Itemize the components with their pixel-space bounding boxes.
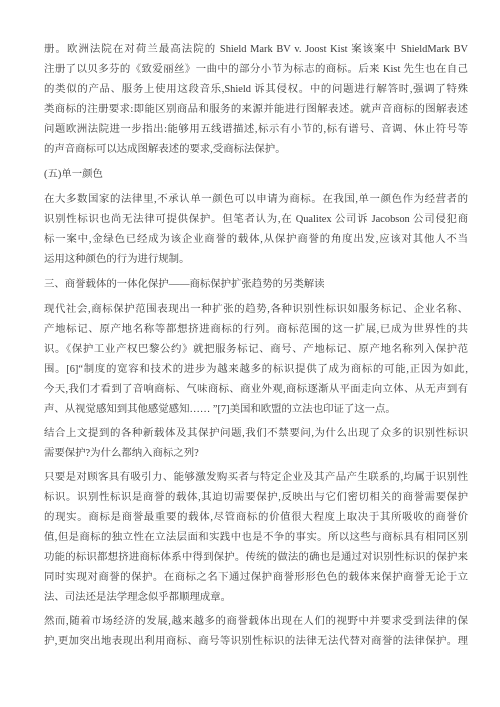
text-line: 结合上文提到的各种新载体及其保护问题,我们不禁要问,为什么出现了众多的识别性标识 <box>44 424 468 444</box>
text-line: 护,更加突出地表现出利用商标、商号等识别性标识的法律无法代替对商誉的法律保护。理 <box>44 632 468 652</box>
paragraph: 在大多数国家的法律里,不承认单一颜色可以申请为商标。在我国,单一颜色作为经营者的… <box>44 190 468 270</box>
paragraph: 结合上文提到的各种新载体及其保护问题,我们不禁要问,为什么出现了众多的识别性标识… <box>44 424 468 464</box>
text-line: 运用这种颜色的行为进行规制。 <box>44 250 468 270</box>
text-line: 需要保护?为什么都纳入商标之列? <box>44 444 468 464</box>
section-heading: (五)单一颜色 <box>44 165 468 185</box>
text-line: 标一案中,金绿色已经成为该企业商誉的载体,从保护商誉的角度出发,应该对其他人不当 <box>44 230 468 250</box>
text-line: 标识。识别性标识是商誉的载体,其迫切需要保护,反映出与它们密切相关的商誉需要保护 <box>44 488 468 508</box>
text-line: 然而,随着市场经济的发展,越来越多的商誉载体出现在人们的视野中并要求受到法律的保 <box>44 612 468 632</box>
text-line: 今天,我们才看到了音响商标、气味商标、商业外观,商标逐渐从平面走向立体、从无声到… <box>44 380 468 400</box>
text-line: 只要是对顾客具有吸引力、能够激发购买者与特定企业及其产品产生联系的,均属于识别性 <box>44 468 468 488</box>
text-line: 功能的标识都想挤进商标体系中得到保护。传统的做法的确也是通过对识别性标识的保护来 <box>44 548 468 568</box>
paragraph: 现代社会,商标保护范围表现出一种扩张的趋势,各种识别性标识如服务标记、企业名称、… <box>44 300 468 420</box>
paragraph: 册。欧洲法院在对荷兰最高法院的 Shield Mark BV v. Joost … <box>44 40 468 160</box>
document-page: 册。欧洲法院在对荷兰最高法院的 Shield Mark BV v. Joost … <box>0 0 500 707</box>
text-line: 现代社会,商标保护范围表现出一种扩张的趋势,各种识别性标识如服务标记、企业名称、 <box>44 300 468 320</box>
text-line: 的现实。商标是商誉最重要的载体,尽管商标的价值很大程度上取决于其所吸收的商誉价 <box>44 508 468 528</box>
text-line: 同时实现对商誉的保护。在商标之名下通过保护商誉形形色色的载体来保护商誉无论于立 <box>44 568 468 588</box>
text-line: 围。[6]“制度的宽容和技术的进步为越来越多的标识提供了成为商标的可能,正因为如… <box>44 360 468 380</box>
text-line: 的类似的产品、服务上使用这段音乐,Shield 诉其侵权。中的问题进行解答时,强… <box>44 80 468 100</box>
document-text-body: 册。欧洲法院在对荷兰最高法院的 Shield Mark BV v. Joost … <box>44 36 468 656</box>
paragraph: 然而,随着市场经济的发展,越来越多的商誉载体出现在人们的视野中并要求受到法律的保… <box>44 612 468 652</box>
text-line: 产地标记、原产地名称等都想挤进商标的行列。商标范围的这一扩展,已成为世界性的共 <box>44 320 468 340</box>
text-line: 声、从视觉感知到其他感觉感知…… ”[7]美国和欧盟的立法也印证了这一点。 <box>44 400 468 420</box>
text-line: 注册了以贝多芬的《致爱丽丝》一曲中的部分小节为标志的商标。后来 Kist 先生也… <box>44 60 468 80</box>
text-line: 法、司法还是法学理念似乎都顺理成章。 <box>44 588 468 608</box>
text-line: 值,但是商标的独立性在立法层面和实践中也是不争的事实。所以这些与商标具有相同区别 <box>44 528 468 548</box>
text-line: 的声音商标可以达成图解表述的要求,受商标法保护。 <box>44 140 468 160</box>
text-line: 在大多数国家的法律里,不承认单一颜色可以申请为商标。在我国,单一颜色作为经营者的 <box>44 190 468 210</box>
text-line: 识别性标识也尚无法律可提供保护。但笔者认为,在 Qualitex 公司诉 Jac… <box>44 210 468 230</box>
text-line: 册。欧洲法院在对荷兰最高法院的 Shield Mark BV v. Joost … <box>44 40 468 60</box>
text-line: 类商标的注册要求:即能区别商品和服务的来源并能进行图解表述。就声音商标的图解表述 <box>44 100 468 120</box>
section-heading: 三、商誉载体的一体化保护——商标保护扩张趋势的另类解读 <box>44 275 468 295</box>
text-line: 问题欧洲法院进一步指出:能够用五线谱描述,标示有小节的,标有谱号、音调、休止符号… <box>44 120 468 140</box>
text-line: 识。《保护工业产权巴黎公约》就把服务标记、商号、产地标记、原产地名称列入保护范 <box>44 340 468 360</box>
paragraph: 只要是对顾客具有吸引力、能够激发购买者与特定企业及其产品产生联系的,均属于识别性… <box>44 468 468 608</box>
